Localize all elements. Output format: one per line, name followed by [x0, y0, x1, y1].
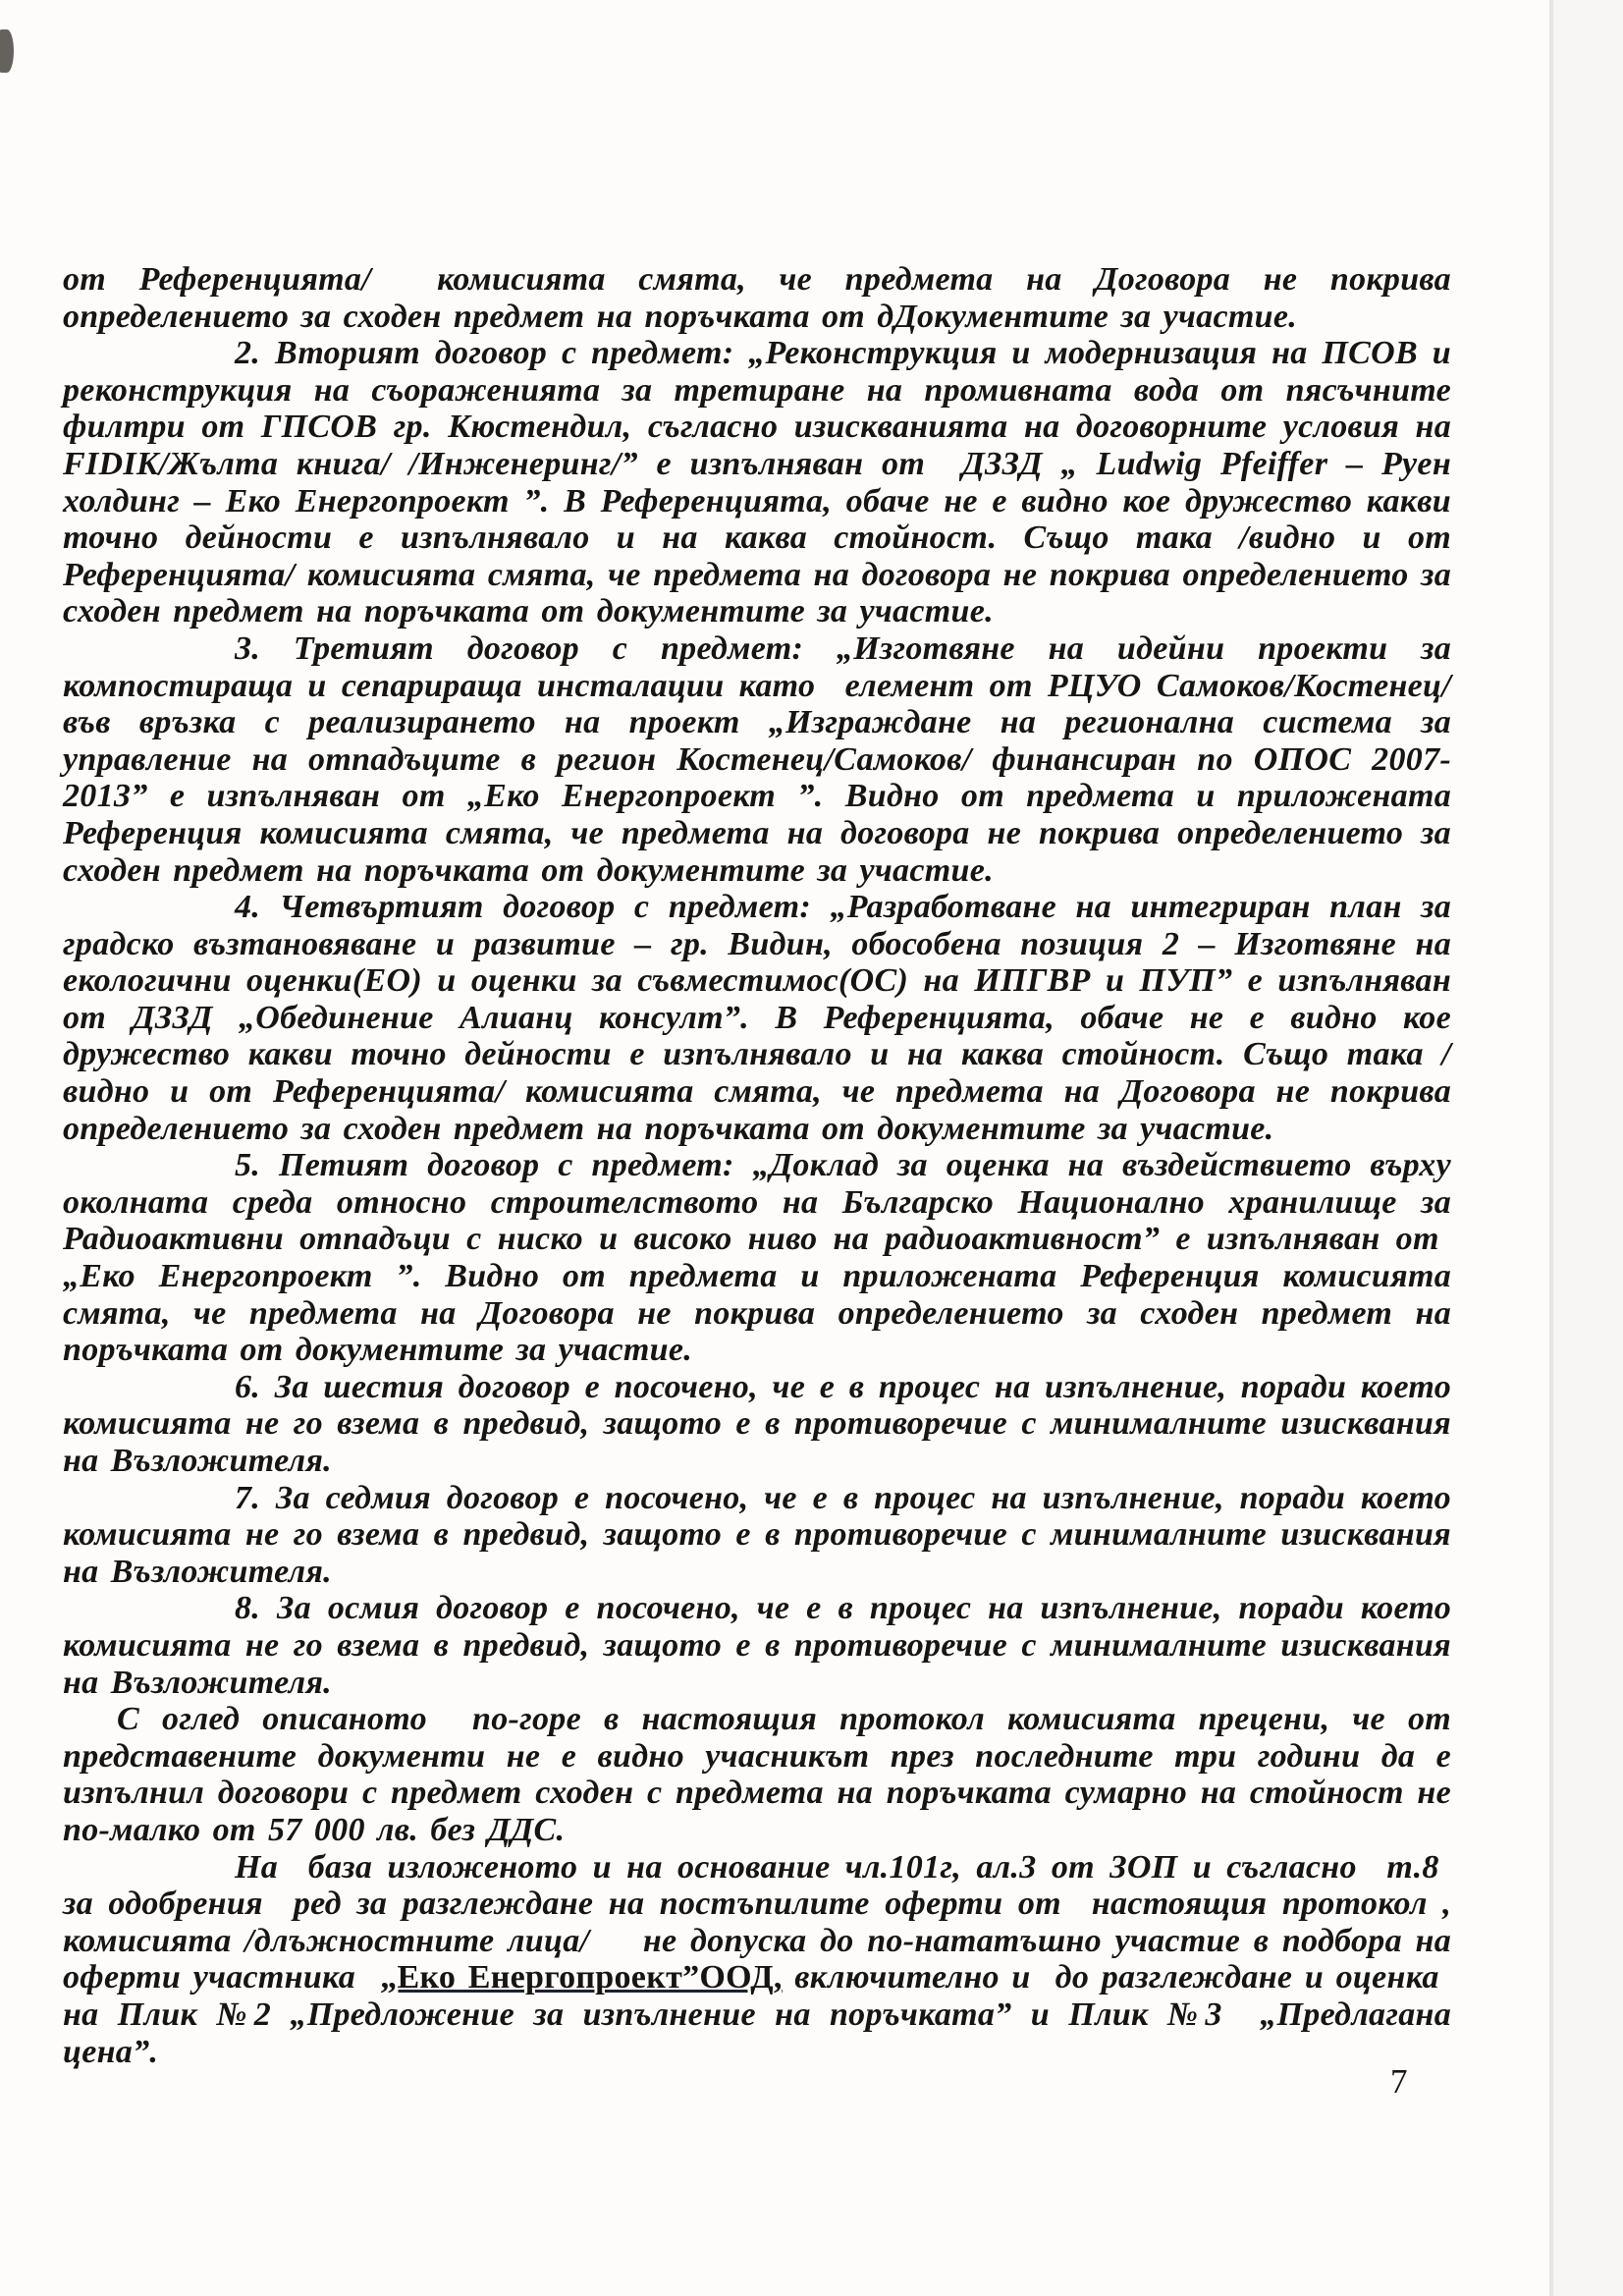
scan-artifact-speck — [0, 29, 14, 73]
paragraph-contract-2: 2. Вторият договор с предмет: „Реконстру… — [63, 335, 1451, 630]
scanned-document-page: от Референцията/ комисията смята, че пре… — [0, 0, 1623, 2296]
paragraph-continuation: от Референцията/ комисията смята, че пре… — [63, 261, 1451, 335]
paragraph-contract-4: 4. Четвъртият договор с предмет: „Разраб… — [63, 889, 1451, 1147]
scan-right-margin-strip — [1553, 0, 1623, 2296]
paragraph-commission-conclusion: С оглед описаното по-горе в настоящия пр… — [63, 1701, 1451, 1848]
paragraph-contract-3: 3. Третият договор с предмет: „Изготвяне… — [63, 630, 1451, 889]
paragraph-final-decision: На база изложеното и на основание чл.101… — [63, 1849, 1451, 2071]
scan-seam-line — [1549, 0, 1553, 2296]
paragraph-contract-7: 7. За седмия договор е посочено, че е в … — [63, 1480, 1451, 1591]
paragraph-contract-8: 8. За осмия договор е посочено, че е в п… — [63, 1590, 1451, 1701]
page-number: 7 — [1390, 2062, 1408, 2102]
paragraph-contract-5: 5. Петият договор с предмет: „Доклад за … — [63, 1147, 1451, 1369]
underlined-company-name: „Еко Енергопроект”ООД, — [380, 1959, 783, 1995]
paragraph-contract-6: 6. За шестия договор е посочено, че е в … — [63, 1369, 1451, 1480]
document-body-text: от Референцията/ комисията смята, че пре… — [63, 261, 1451, 2070]
